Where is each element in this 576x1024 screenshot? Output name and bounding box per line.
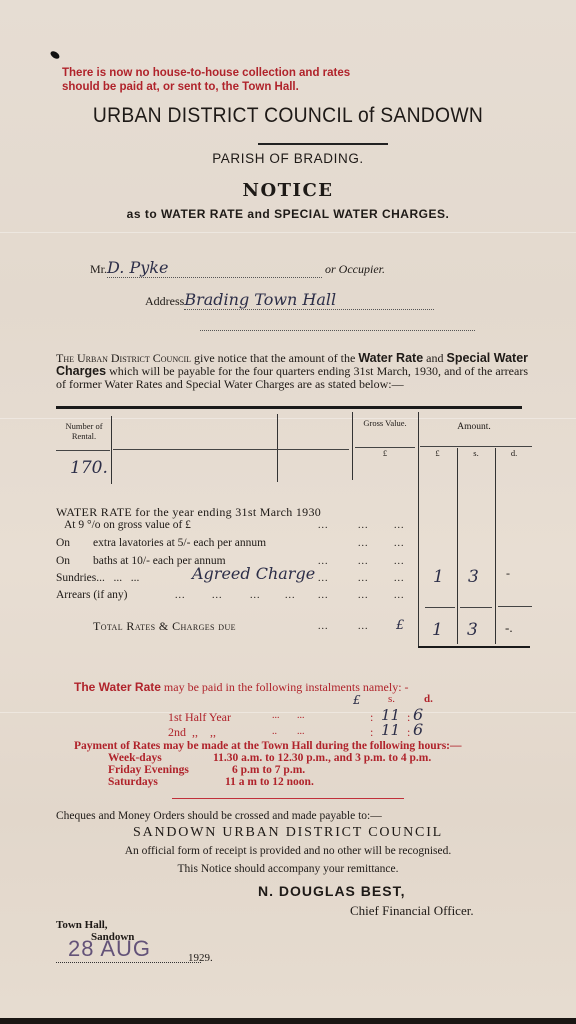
ellipsis: ... — [318, 556, 329, 567]
total-pence: -. — [505, 620, 513, 636]
intro-text-3: which will be payable for the four quart… — [56, 364, 528, 391]
address-line-blank — [200, 322, 475, 331]
ellipsis: ... — [175, 590, 186, 601]
occupier-label: or Occupier. — [325, 262, 385, 276]
ellipsis: ... — [394, 520, 405, 531]
hours-intro: Payment of Rates may be made at the Town… — [74, 740, 462, 752]
instalment-unit-pounds: £ — [353, 693, 361, 707]
ellipsis: ... — [358, 538, 369, 549]
intro-text-2: and — [423, 351, 446, 365]
intro-council: The Urban District Council — [56, 351, 191, 365]
instalment-2-pence: 6 — [413, 720, 423, 739]
accompany-note: This Notice should accompany your remitt… — [0, 863, 576, 875]
amount-unit-pounds: £ — [418, 448, 457, 458]
table-bottom-rule — [418, 646, 530, 648]
instalments-intro-text: may be paid in the following instalments… — [161, 680, 409, 694]
payee-name: SANDOWN URBAN DISTRICT COUNCIL — [0, 825, 576, 841]
footer-town-hall: Town Hall, — [56, 919, 134, 931]
ellipsis: ... — [212, 590, 223, 601]
sundries-pence: - — [506, 566, 510, 581]
gross-unit: £ — [355, 448, 415, 458]
total-label: Total Rates & Charges due — [93, 619, 236, 634]
ellipsis: ... — [250, 590, 261, 601]
collection-notice: There is now no house-to-house collectio… — [62, 66, 350, 94]
ellipsis: ... — [394, 590, 405, 601]
ellipsis: ... — [394, 538, 405, 549]
water-rate-heading: WATER RATE for the year ending 31st Marc… — [56, 505, 406, 520]
sundries-shillings: 3 — [468, 567, 479, 587]
ellipsis: ... — [358, 621, 369, 632]
ellipsis: ... — [358, 520, 369, 531]
ellipsis: ... — [358, 573, 369, 584]
ellipsis: ... — [318, 590, 329, 601]
ellipsis: ... — [318, 520, 329, 531]
hours-weekdays-label: Week-days — [108, 752, 162, 764]
charge-row-sundries: Sundries... ... ... — [56, 572, 139, 584]
instalment-unit-pence: d. — [424, 693, 433, 705]
hours-friday-label: Friday Evenings — [108, 764, 189, 776]
ellipsis: ... — [318, 573, 329, 584]
ellipsis: ... — [285, 590, 296, 601]
ellipsis: ... — [394, 556, 405, 567]
charge-row-arrears: Arrears (if any) — [56, 589, 128, 601]
sundries-handwritten: Agreed Charge — [192, 564, 315, 583]
col-amount-header: Amount. — [418, 422, 530, 432]
rate-notice-document: There is now no house-to-house collectio… — [0, 0, 576, 1018]
hours-saturday-time: 11 a m to 12 noon. — [225, 776, 314, 788]
ellipsis: ... — [358, 556, 369, 567]
council-heading: URBAN DISTRICT COUNCIL of SANDOWN — [23, 104, 553, 128]
hours-saturday-label: Saturdays — [108, 776, 158, 788]
addressee-name: D. Pyke — [107, 258, 322, 278]
collection-notice-line1: There is now no house-to-house collectio… — [62, 66, 350, 80]
notice-subtitle: as to WATER RATE and SPECIAL WATER CHARG… — [0, 207, 576, 221]
instalment-unit-shillings: s. — [388, 693, 395, 705]
hours-weekdays-time: 11.30 a.m. to 12.30 p.m., and 3 p.m. to … — [213, 752, 431, 764]
addressee-name-row: Mr.D. Pyke or Occupier. — [90, 258, 385, 278]
signer-title: Chief Financial Officer. — [350, 903, 474, 919]
address-value: Brading Town Hall — [184, 290, 434, 310]
total-currency: £ — [396, 618, 404, 633]
ellipsis: ... — [358, 590, 369, 601]
intro-water-rate: Water Rate — [358, 351, 423, 365]
heading-rule — [258, 143, 388, 145]
date-stamp: 28 AUG — [68, 936, 151, 962]
sundries-pounds: 1 — [433, 567, 444, 587]
addressee-prefix: Mr. — [90, 262, 107, 276]
col-gross-header: Gross Value. — [360, 418, 410, 428]
charge-row-lavatories: On extra lavatories at 5/- each per annu… — [56, 537, 266, 549]
ellipsis: ... — [318, 621, 329, 632]
hours-friday-time: 6 p.m to 7 p.m. — [232, 764, 305, 776]
table-top-rule — [56, 406, 522, 409]
punch-hole — [49, 50, 61, 61]
address-row: AddressBrading Town Hall — [145, 290, 434, 310]
amount-unit-shillings: s. — [457, 448, 495, 458]
parish-heading: PARISH OF BRADING. — [0, 151, 576, 166]
amount-unit-pence: d. — [495, 448, 533, 458]
signer-name: N. DOUGLAS BEST, — [258, 883, 405, 899]
intro-text-1: give notice that the amount of the — [191, 351, 358, 365]
total-pounds: 1 — [432, 620, 443, 640]
red-divider — [172, 798, 404, 799]
collection-notice-line2: should be paid at, or sent to, the Town … — [62, 80, 350, 94]
cheques-instruction: Cheques and Money Orders should be cross… — [56, 810, 382, 822]
address-label: Address — [145, 294, 184, 308]
col-rental-header: Number of Rental. — [56, 421, 112, 441]
instalment-1-label: 1st Half Year — [168, 710, 231, 725]
footer-year: 1929. — [188, 952, 213, 964]
instalments-water-rate: The Water Rate — [74, 680, 161, 694]
instalment-2-label: 2nd ,, ,, — [168, 725, 216, 740]
charge-row-gross-value: At 9 °/o on gross value of £ — [64, 519, 191, 531]
total-shillings: 3 — [467, 620, 478, 640]
intro-paragraph: The Urban District Council give notice t… — [56, 352, 528, 391]
notice-title: NOTICE — [0, 180, 576, 201]
instalment-2-shillings: 11 — [381, 721, 400, 739]
receipt-note: An official form of receipt is provided … — [0, 845, 576, 857]
ellipsis: ... — [394, 573, 405, 584]
rental-value: 170. — [70, 458, 108, 478]
